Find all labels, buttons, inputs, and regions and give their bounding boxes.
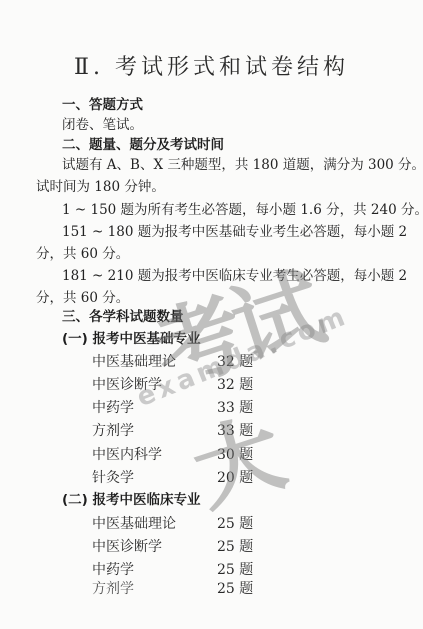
list-item-subject: 中医基础理论 (92, 351, 176, 371)
section-2-p3-line1: 151 ~ 180 题为报考中医基础专业考生必答题，每小题 2 (62, 223, 407, 241)
section-3-heading: 三、各学科试题数量 (62, 308, 184, 326)
list-item-count: 20 题 (217, 467, 253, 487)
list-item-subject: 中药学 (92, 559, 134, 579)
section-2-p4-line2: 分，共 60 分。 (36, 289, 129, 307)
group-2-heading: (二) 报考中医临床专业 (62, 491, 201, 509)
list-item-count: 32 题 (217, 351, 253, 371)
document-page: Ⅱ. 考试形式和试卷结构 一、答题方式 闭卷、笔试。 二、题量、题分及考试时间 … (0, 0, 423, 629)
list-item-subject: 针灸学 (92, 467, 134, 487)
section-2-p4-line1: 181 ~ 210 题为报考中医临床专业考生必答题，每小题 2 (62, 267, 407, 285)
list-item-count: 25 题 (217, 513, 253, 533)
list-item-count: 25 题 (217, 536, 253, 556)
section-2-p3-line2: 分，共 60 分。 (36, 245, 129, 263)
list-item-count: 25 题 (217, 578, 253, 598)
list-item-subject: 中医基础理论 (92, 513, 176, 533)
section-1-body: 闭卷、笔试。 (62, 116, 143, 134)
section-2-heading: 二、题量、题分及考试时间 (62, 136, 224, 154)
section-2-p1-line2: 试时间为 180 分钟。 (36, 178, 165, 196)
group-1-heading: (一) 报考中医基础专业 (62, 330, 201, 348)
list-item-count: 33 题 (217, 397, 253, 417)
list-item-count: 30 题 (217, 444, 253, 464)
list-item-subject: 中医诊断学 (92, 374, 162, 394)
list-item-subject: 中药学 (92, 397, 134, 417)
list-item-subject: 中医诊断学 (92, 536, 162, 556)
section-2-p1-line1: 试题有 A、B、X 三种题型，共 180 道题，满分为 300 分。考 (62, 156, 423, 174)
list-item-subject: 中医内科学 (92, 444, 162, 464)
list-item-subject: 方剂学 (92, 578, 134, 598)
list-item-subject: 方剂学 (92, 420, 134, 440)
list-item-count: 33 题 (217, 420, 253, 440)
page-title: Ⅱ. 考试形式和试卷结构 (0, 50, 423, 81)
list-item-count: 32 题 (217, 374, 253, 394)
section-2-p2: 1 ~ 150 题为所有考生必答题，每小题 1.6 分，共 240 分。 (62, 201, 423, 219)
list-item-count: 25 题 (217, 559, 253, 579)
section-1-heading: 一、答题方式 (62, 96, 143, 114)
